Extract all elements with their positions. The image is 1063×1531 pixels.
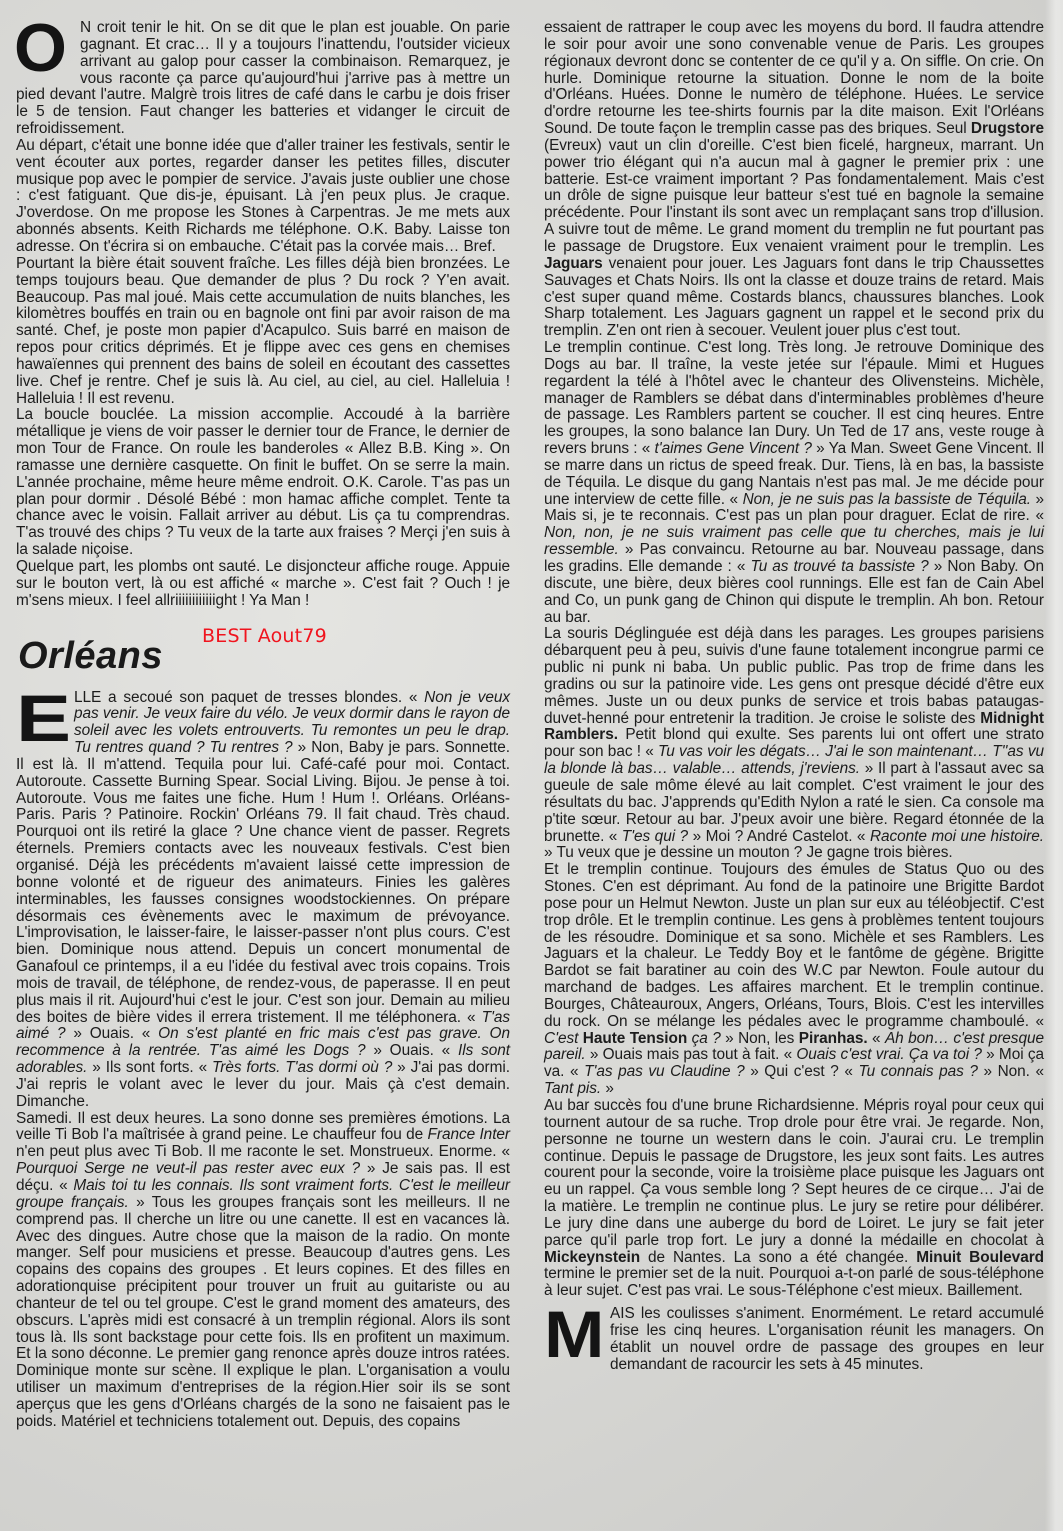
source-stamp: BEST Aout79	[202, 628, 327, 645]
intro-paragraph-1: ON croit tenir le hit. On se dit que le …	[16, 20, 510, 138]
band-name-minuit-boulevard: Minuit Boule­vard	[916, 1249, 1044, 1266]
intro-paragraph-3: Pourtant la bière était souvent fraîche.…	[16, 256, 510, 408]
right-paragraph-4: Et le tremplin continue. Toujours des ém…	[544, 862, 1044, 1098]
dropcap-e: E	[16, 692, 71, 744]
band-name-piranhas: Piranhas.	[799, 1030, 868, 1047]
dropcap-m: M	[544, 1308, 606, 1360]
orleans-paragraph-2: Samedi. Il est deux heures. La sono donn…	[16, 1111, 510, 1431]
band-name-jaguars: Jaguars	[544, 255, 603, 272]
section-heading-row: Orléans BEST Aout79	[16, 628, 510, 684]
orleans-paragraph-1: ELLE a secoué son paquet de tresses blon…	[16, 690, 510, 1111]
magazine-page: ON croit tenir le hit. On se dit que le …	[0, 0, 1063, 1531]
intro-paragraph-5: Quelque part, les plombs ont sauté. Le d…	[16, 559, 510, 610]
right-paragraph-2: Le tremplin continue. C'est long. Très l…	[544, 340, 1044, 626]
right-paragraph-5: Au bar succès fou d'une brune Richardsie…	[544, 1098, 1044, 1300]
band-name-mickeynstein: Mickeynstein	[544, 1249, 640, 1266]
right-column: essaient de rattraper le coup avec les m…	[544, 20, 1044, 1374]
band-name-drugstore: Drugstore	[971, 120, 1044, 137]
right-paragraph-final: MAIS les coulisses s'animent. Enormément…	[544, 1306, 1044, 1373]
right-paragraph-1: essaient de rattraper le coup avec les m…	[544, 20, 1044, 340]
page-edge-shadow	[1045, 0, 1063, 1531]
band-name-haute-tension: Haute Tension	[583, 1030, 687, 1047]
dropcap-o: O	[14, 20, 74, 76]
section-heading: Orléans	[18, 636, 163, 676]
intro-paragraph-2: Au départ, c'était une bonne idée que d'…	[16, 138, 510, 256]
intro-paragraph-4: La boucle bouclée. La mission accomplie.…	[16, 407, 510, 559]
right-paragraph-3: La souris Déglinguée est déjà dans les p…	[544, 626, 1044, 862]
left-column: ON croit tenir le hit. On se dit que le …	[16, 20, 510, 1431]
